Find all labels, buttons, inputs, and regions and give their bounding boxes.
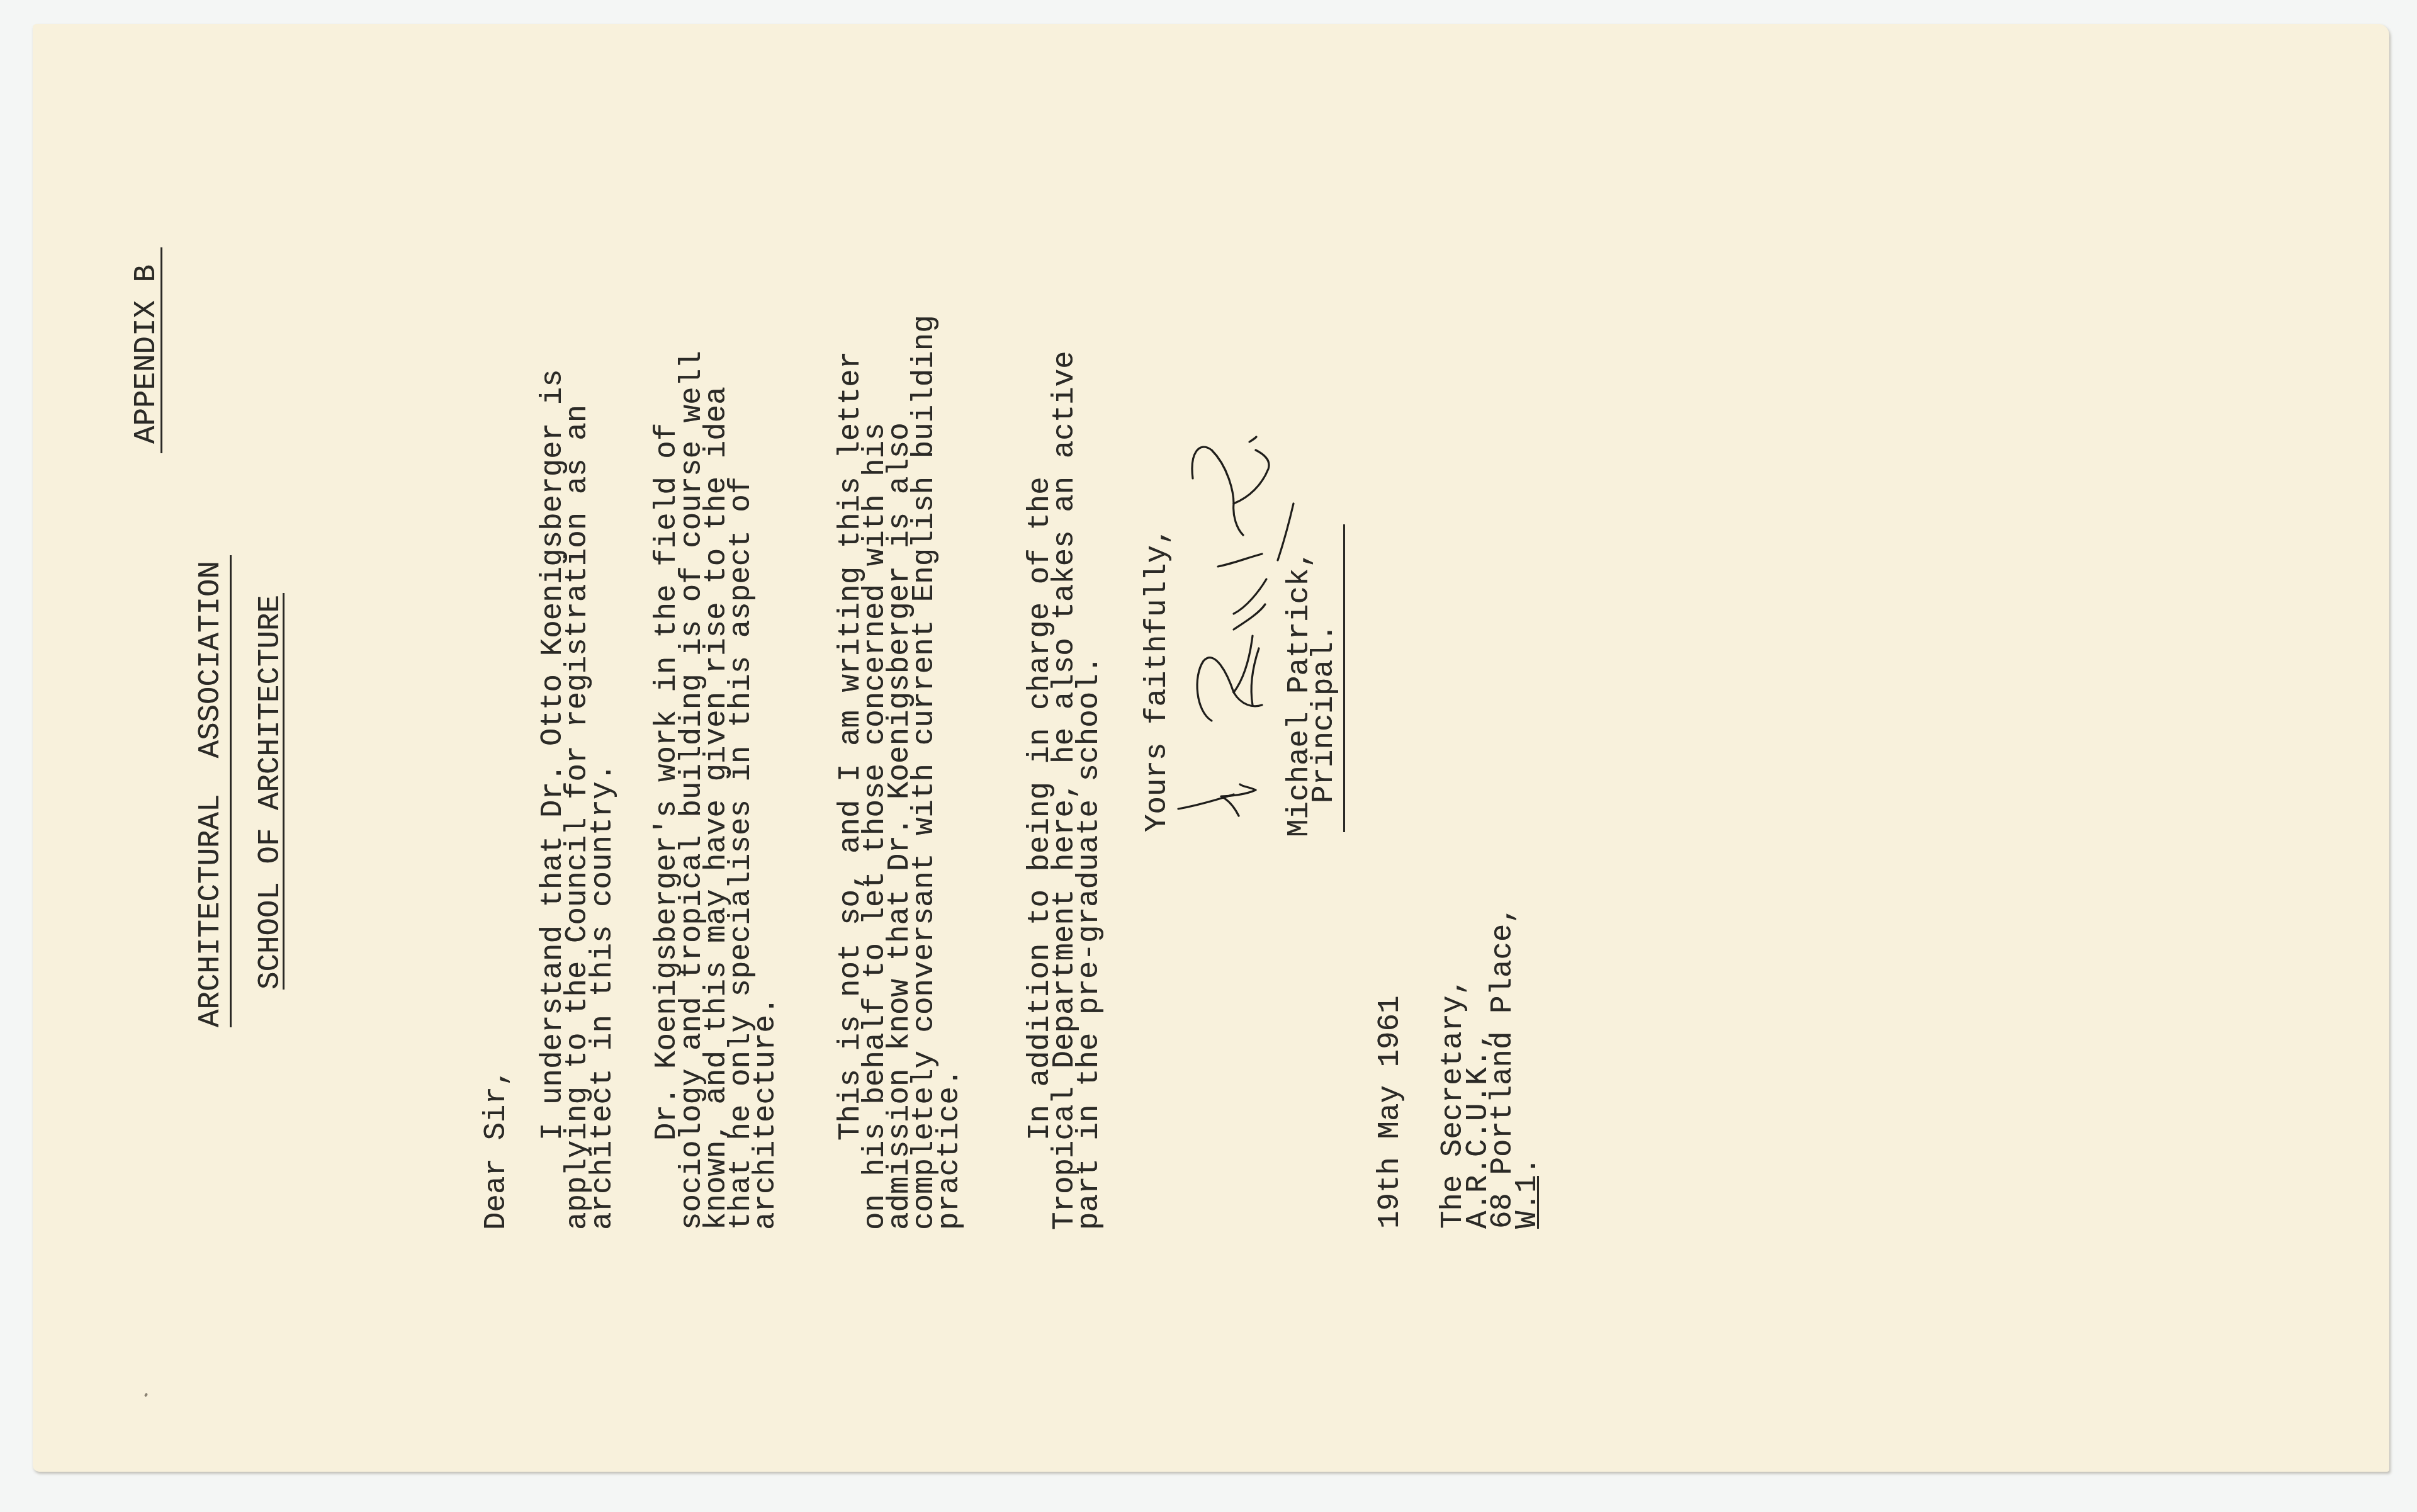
paragraph-3-line: practice.: [937, 1068, 962, 1230]
appendix-label: APPENDIX B: [134, 264, 159, 444]
letterhead-school: SCHOOL OF ARCHITECTURE: [258, 595, 283, 990]
paragraph-2-line: architecture.: [753, 996, 779, 1230]
salutation: Dear Sir,: [484, 1068, 509, 1230]
signatory-underline: [1343, 524, 1345, 832]
organization-underline: [230, 555, 232, 1027]
letterhead-organization: ARCHITECTURAL ASSOCIATION: [198, 561, 223, 1027]
school-underline: [283, 593, 285, 990]
recipient-line: W.1.: [1515, 1157, 1540, 1229]
letter-sheet: APPENDIX B ARCHITECTURAL ASSOCIATION SCH…: [0, 0, 2417, 1512]
letter-date: 19th May 1961: [1378, 995, 1403, 1229]
paragraph-1-line: architect in this country.: [590, 764, 616, 1230]
postcode-underline: [1537, 1176, 1539, 1229]
appendix-underline: [161, 247, 162, 453]
signatory-title: Principal.: [1312, 624, 1337, 803]
paragraph-4-line: part in the pre-graduate school.: [1077, 656, 1102, 1230]
closing: Yours faithfully,: [1145, 527, 1170, 832]
